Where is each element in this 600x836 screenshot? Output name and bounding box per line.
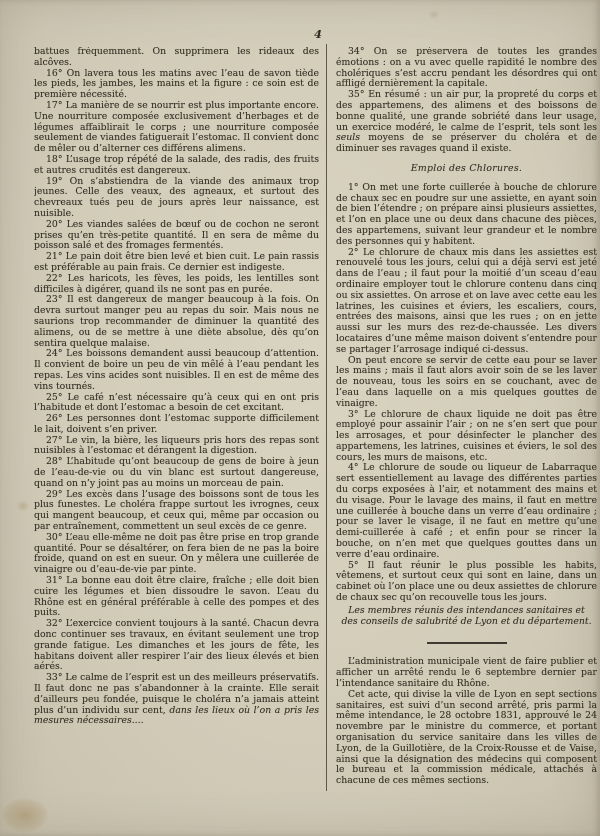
paragraph: 30° L’eau elle-même ne doit pas être pri… bbox=[34, 533, 319, 576]
text-run: 17° La manière de se nourrir est plus im… bbox=[34, 100, 319, 154]
paragraph: 3° Le chlorure de chaux liquide ne doit … bbox=[336, 410, 597, 464]
paragraph: 5° Il faut réunir le plus possible les h… bbox=[336, 561, 597, 604]
text-run: 5° Il faut réunir le plus possible les h… bbox=[336, 560, 597, 603]
text-run: 4° Le chlorure de soude ou liqueur de La… bbox=[336, 462, 597, 559]
paragraph: 20° Les viandes salées de bœuf ou de coc… bbox=[34, 220, 319, 252]
paper-stain bbox=[428, 10, 440, 19]
text-run: 24° Les boissons demandent aussi beaucou… bbox=[34, 348, 319, 391]
paragraph: 33° Le calme de l’esprit est un des meil… bbox=[34, 673, 319, 727]
paper-stain bbox=[16, 500, 30, 512]
italic-text-run: Emploi des Chlorures. bbox=[411, 163, 522, 174]
paragraph: battues fréquemment. On supprimera les r… bbox=[34, 47, 319, 69]
text-run: 32° L’exercice convient toujours à la sa… bbox=[34, 618, 319, 672]
text-run: 29° Les excès dans l’usage des boissons … bbox=[34, 489, 319, 532]
paragraph: 26° Les personnes dont l’estomac support… bbox=[34, 414, 319, 436]
column-divider bbox=[326, 44, 327, 791]
text-run: 19° On s’abstiendra de la viande des ani… bbox=[34, 176, 319, 219]
paragraph: 24° Les boissons demandent aussi beaucou… bbox=[34, 349, 319, 392]
paragraph: 1° On met une forte cuillerée à bouche d… bbox=[336, 183, 597, 248]
text-run: On peut encore se servir de cette eau po… bbox=[336, 355, 597, 409]
text-run: moyens de se préserver du choléra et de … bbox=[336, 132, 597, 154]
right-column: 34° On se préservera de toutes les grand… bbox=[336, 47, 597, 791]
paragraph: 25° Le café n’est nécessaire qu’à ceux q… bbox=[34, 393, 319, 415]
paragraph: 22° Les haricots, les fèves, les poids, … bbox=[34, 274, 319, 296]
text-run: 25° Le café n’est nécessaire qu’à ceux q… bbox=[34, 392, 319, 414]
paragraph: 21° Le pain doit être bien levé et bien … bbox=[34, 252, 319, 274]
paragraph: L’administration municipale vient de fai… bbox=[336, 657, 597, 689]
paragraph: 19° On s’abstiendra de la viande des ani… bbox=[34, 177, 319, 220]
text-run: 28° L’habitude qu’ont beaucoup de gens d… bbox=[34, 456, 319, 489]
text-run: 2° Le chlorure de chaux mis dans les ass… bbox=[336, 247, 597, 355]
text-run: 30° L’eau elle-même ne doit pas être pri… bbox=[34, 532, 319, 575]
italic-text-run: Les membres réunis des intendances sanit… bbox=[341, 605, 591, 627]
scanned-document-page: 4 battues fréquemment. On supprimera les… bbox=[0, 0, 600, 836]
paragraph: 4° Le chlorure de soude ou liqueur de La… bbox=[336, 463, 597, 560]
text-run: 3° Le chlorure de chaux liquide ne doit … bbox=[336, 409, 597, 463]
text-run: 21° Le pain doit être bien levé et bien … bbox=[34, 251, 319, 273]
text-run: 23° Il est dangereux de manger beaucoup … bbox=[34, 294, 319, 348]
paragraph: 17° La manière de se nourrir est plus im… bbox=[34, 101, 319, 155]
left-column: battues fréquemment. On supprimera les r… bbox=[34, 47, 319, 791]
paragraph: Cet acte, qui divise la ville de Lyon en… bbox=[336, 690, 597, 787]
section-heading: Emploi des Chlorures. bbox=[336, 164, 597, 175]
text-run: 16° On lavera tous les matins avec l’eau… bbox=[34, 68, 319, 101]
italic-text-run: seuls bbox=[336, 132, 360, 143]
text-run: 35° En résumé : un air pur, la propreté … bbox=[336, 89, 597, 132]
paragraph: 34° On se préservera de toutes les grand… bbox=[336, 47, 597, 90]
text-run: 27° Le vin, la bière, les liqueurs pris … bbox=[34, 435, 319, 457]
text-run: Cet acte, qui divise la ville de Lyon en… bbox=[336, 689, 597, 786]
paper-stain bbox=[2, 798, 48, 832]
text-run: 18° L’usage trop répété de la salade, de… bbox=[34, 154, 319, 176]
text-run: 1° On met une forte cuillerée à bouche d… bbox=[336, 182, 597, 247]
text-run: 22° Les haricots, les fèves, les poids, … bbox=[34, 273, 319, 295]
text-run: L’administration municipale vient de fai… bbox=[336, 656, 597, 689]
signature-line: Les membres réunis des intendances sanit… bbox=[336, 606, 597, 628]
text-run: 26° Les personnes dont l’estomac support… bbox=[34, 413, 319, 435]
paragraph: On peut encore se servir de cette eau po… bbox=[336, 356, 597, 410]
text-run: 20° Les viandes salées de bœuf ou de coc… bbox=[34, 219, 319, 252]
paragraph: 28° L’habitude qu’ont beaucoup de gens d… bbox=[34, 457, 319, 489]
paragraph: 18° L’usage trop répété de la salade, de… bbox=[34, 155, 319, 177]
paragraph: 31° La bonne eau doit être claire, fraîc… bbox=[34, 576, 319, 619]
paragraph: 16° On lavera tous les matins avec l’eau… bbox=[34, 69, 319, 101]
text-run: 34° On se préservera de toutes les grand… bbox=[336, 47, 597, 89]
page-number: 4 bbox=[306, 27, 330, 41]
paragraph: 23° Il est dangereux de manger beaucoup … bbox=[34, 295, 319, 349]
paragraph: 2° Le chlorure de chaux mis dans les ass… bbox=[336, 248, 597, 356]
section-divider-rule bbox=[427, 642, 507, 644]
paragraph: 35° En résumé : un air pur, la propreté … bbox=[336, 90, 597, 155]
paragraph: 27° Le vin, la bière, les liqueurs pris … bbox=[34, 436, 319, 458]
paragraph: 29° Les excès dans l’usage des boissons … bbox=[34, 490, 319, 533]
text-run: 31° La bonne eau doit être claire, fraîc… bbox=[34, 575, 319, 618]
paragraph: 32° L’exercice convient toujours à la sa… bbox=[34, 619, 319, 673]
text-run: battues fréquemment. On supprimera les r… bbox=[34, 47, 319, 68]
